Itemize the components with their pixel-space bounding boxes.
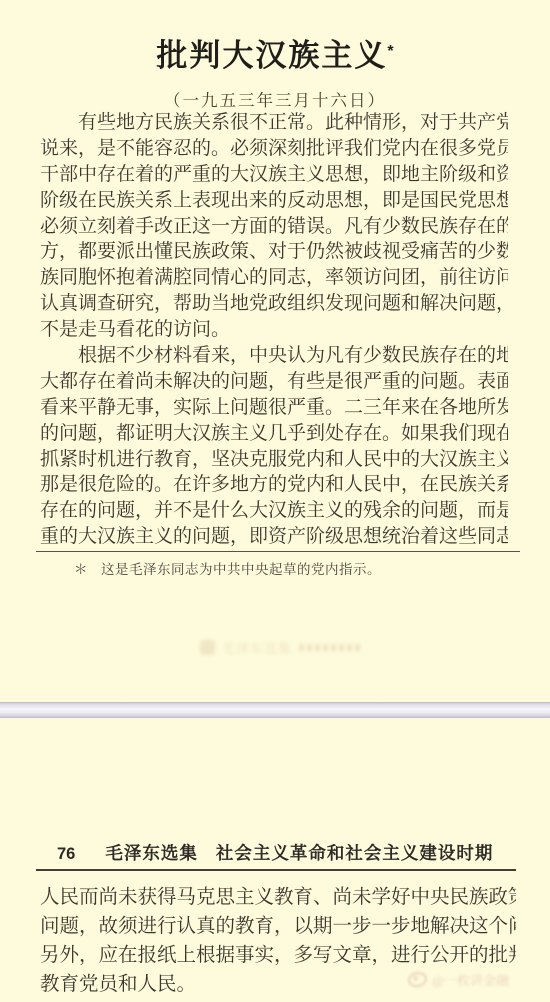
page-break-separator bbox=[0, 702, 550, 718]
screenshot-root: { "page1": { "title": "批判大汉族主义", "title_… bbox=[0, 0, 550, 1002]
article-title-text: 批判大汉族主义 bbox=[156, 38, 387, 73]
publisher-watermark: 毛泽东选集 bbox=[200, 636, 370, 658]
text-line: 问题，故须进行认真的教育，以期一步一步地解决这个问题。 bbox=[40, 912, 516, 941]
footnote-marker: ＊ bbox=[74, 562, 88, 577]
publisher-watermark-text: 毛泽东选集 bbox=[222, 638, 292, 657]
text-line: 抓紧时机进行教育，坚决克服党内和人民中的大汉族主义， bbox=[40, 447, 508, 473]
text-line: 大都存在着尚未解决的问题，有些是很严重的问题。表面上 bbox=[40, 369, 508, 395]
text-line: 存在的问题，并不是什么大汉族主义的残余的问题，而是严 bbox=[40, 498, 508, 524]
page-header: 76 毛泽东选集 社会主义革命和社会主义建设时期 bbox=[57, 840, 514, 865]
book-title: 毛泽东选集 bbox=[105, 840, 198, 865]
paragraph-1: 有些地方民族关系很不正常。此种情形，对于共产党人说来，是不能容忍的。必须深刻批评… bbox=[40, 110, 508, 343]
page-number: 76 bbox=[57, 845, 75, 864]
footnote-text: 这是毛泽东同志为中共中央起草的党内指示。 bbox=[101, 562, 381, 577]
publisher-logo-icon bbox=[200, 640, 215, 655]
text-line: 那是很危险的。在许多地方的党内和人民中，在民族关系上 bbox=[40, 472, 508, 498]
section-title: 社会主义革命和社会主义建设时期 bbox=[216, 840, 494, 865]
paragraph-2: 根据不少材料看来，中央认为凡有少数民族存在的地方，大都存在着尚未解决的问题，有些… bbox=[40, 343, 508, 550]
text-line: 认真调查研究，帮助当地党政组织发现问题和解决问题，而 bbox=[40, 291, 508, 317]
watermark-small-text-blur bbox=[299, 644, 363, 651]
article-body: 有些地方民族关系很不正常。此种情形，对于共产党人说来，是不能容忍的。必须深刻批评… bbox=[40, 110, 508, 550]
footnote-divider bbox=[36, 551, 520, 552]
text-line: 族同胞怀抱着满腔同情心的同志，率领访问团，前往访问， bbox=[40, 265, 508, 291]
article-date: （一九五三年三月十六日） bbox=[0, 87, 550, 111]
text-line: 方，都要派出懂民族政策、对于仍然被歧视受痛苦的少数民 bbox=[40, 239, 508, 265]
text-line: 另外，应在报纸上根据事实，多写文章，进行公开的批判， bbox=[40, 941, 516, 970]
footnote: ＊这是毛泽东同志为中共中央起草的党内指示。 bbox=[40, 558, 510, 578]
weibo-watermark: @一枚讲金融 bbox=[408, 968, 544, 990]
text-line: 看来平静无事，实际上问题很严重。二三年来在各地所发现 bbox=[40, 395, 508, 421]
text-line: 的问题，都证明大汉族主义几乎到处存在。如果我们现在不 bbox=[40, 421, 508, 447]
text-line: 阶级在民族关系上表现出来的反动思想，即是国民党思想， bbox=[40, 188, 508, 214]
weibo-watermark-text: @一枚讲金融 bbox=[432, 970, 509, 989]
article-title: 批判大汉族主义* bbox=[0, 30, 550, 75]
header-divider bbox=[36, 869, 516, 871]
text-line: 说来，是不能容忍的。必须深刻批评我们党内在很多党员和 bbox=[40, 136, 508, 162]
text-line: 根据不少材料看来，中央认为凡有少数民族存在的地方， bbox=[40, 343, 508, 369]
text-line: 必须立刻着手改正这一方面的错误。凡有少数民族存在的地 bbox=[40, 214, 508, 240]
footnote-asterisk-superscript: * bbox=[387, 43, 393, 60]
text-line: 有些地方民族关系很不正常。此种情形，对于共产党人 bbox=[40, 110, 508, 136]
weibo-logo-icon bbox=[407, 970, 429, 989]
text-line: 人民而尚未获得马克思主义教育、尚未学好中央民族政策的 bbox=[40, 883, 516, 912]
text-line: 重的大汉族主义的问题，即资产阶级思想统治着这些同志和 bbox=[40, 524, 508, 550]
text-line: 不是走马看花的访问。 bbox=[40, 317, 508, 343]
text-line: 干部中存在着的严重的大汉族主义思想，即地主阶级和资产 bbox=[40, 162, 508, 188]
